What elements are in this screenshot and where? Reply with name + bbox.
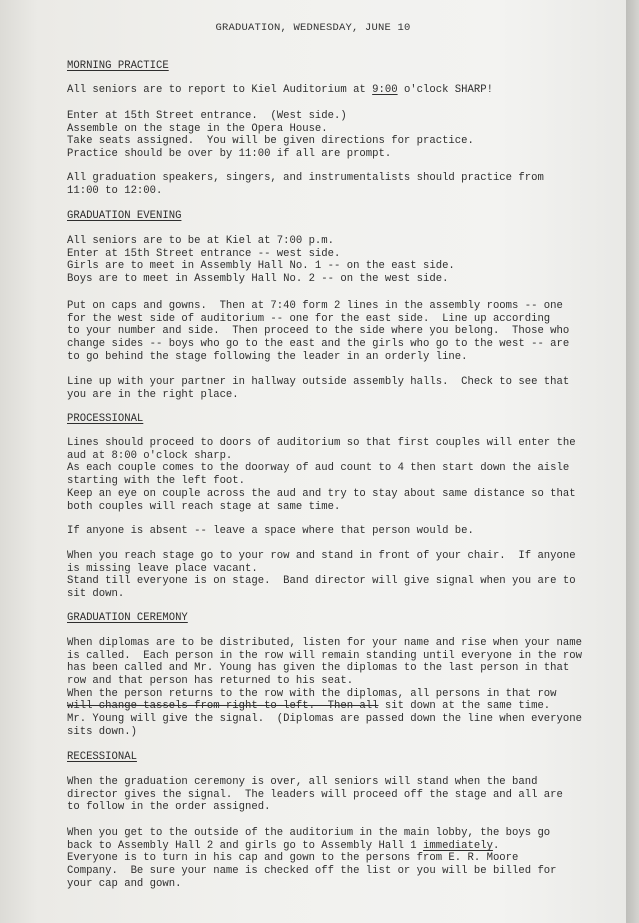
ceremony-sit-down-text: sit down at the same time. — [379, 700, 551, 712]
morning-report-post: o'clock SHARP! — [398, 84, 493, 96]
heading-recessional: RECESSIONAL — [67, 751, 137, 764]
recessional-immediately: immediately — [423, 840, 493, 852]
morning-report-time: 9:00 — [372, 84, 397, 96]
morning-report-line: All seniors are to report to Kiel Audito… — [67, 84, 493, 97]
morning-report-pre: All seniors are to report to Kiel Audito… — [67, 84, 372, 96]
document-title: GRADUATION, WEDNESDAY, JUNE 10 — [0, 22, 626, 34]
morning-performers-paragraph: All graduation speakers, singers, and in… — [67, 172, 544, 197]
heading-morning-practice: MORNING PRACTICE — [67, 60, 169, 73]
evening-lineup-paragraph: Put on caps and gowns. Then at 7:40 form… — [67, 300, 569, 364]
recessional-return-paragraph: When you get to the outside of the audit… — [67, 827, 557, 891]
evening-arrival-paragraph: All seniors are to be at Kiel at 7:00 p.… — [67, 235, 455, 286]
processional-doors-paragraph: Lines should proceed to doors of auditor… — [67, 437, 576, 513]
heading-graduation-evening: GRADUATION EVENING — [67, 210, 181, 223]
ceremony-struck-line: will change tassels from right to left. … — [67, 700, 550, 713]
document-page: GRADUATION, WEDNESDAY, JUNE 10 MORNING P… — [0, 0, 626, 923]
ceremony-signal-paragraph: Mr. Young will give the signal. (Diploma… — [67, 713, 582, 738]
morning-entry-paragraph: Enter at 15th Street entrance. (West sid… — [67, 110, 474, 161]
heading-processional: PROCESSIONAL — [67, 413, 143, 426]
page-edge-shadow — [626, 0, 639, 923]
evening-partner-paragraph: Line up with your partner in hallway out… — [67, 376, 569, 401]
processional-absent-paragraph: If anyone is absent -- leave a space whe… — [67, 525, 474, 538]
ceremony-diplomas-paragraph: When diplomas are to be distributed, lis… — [67, 637, 582, 701]
heading-graduation-ceremony: GRADUATION CEREMONY — [67, 612, 188, 625]
struck-out-text: will change tassels from right to left. … — [67, 700, 379, 712]
processional-stage-paragraph: When you reach stage go to your row and … — [67, 550, 576, 601]
recessional-exit-paragraph: When the graduation ceremony is over, al… — [67, 776, 563, 814]
